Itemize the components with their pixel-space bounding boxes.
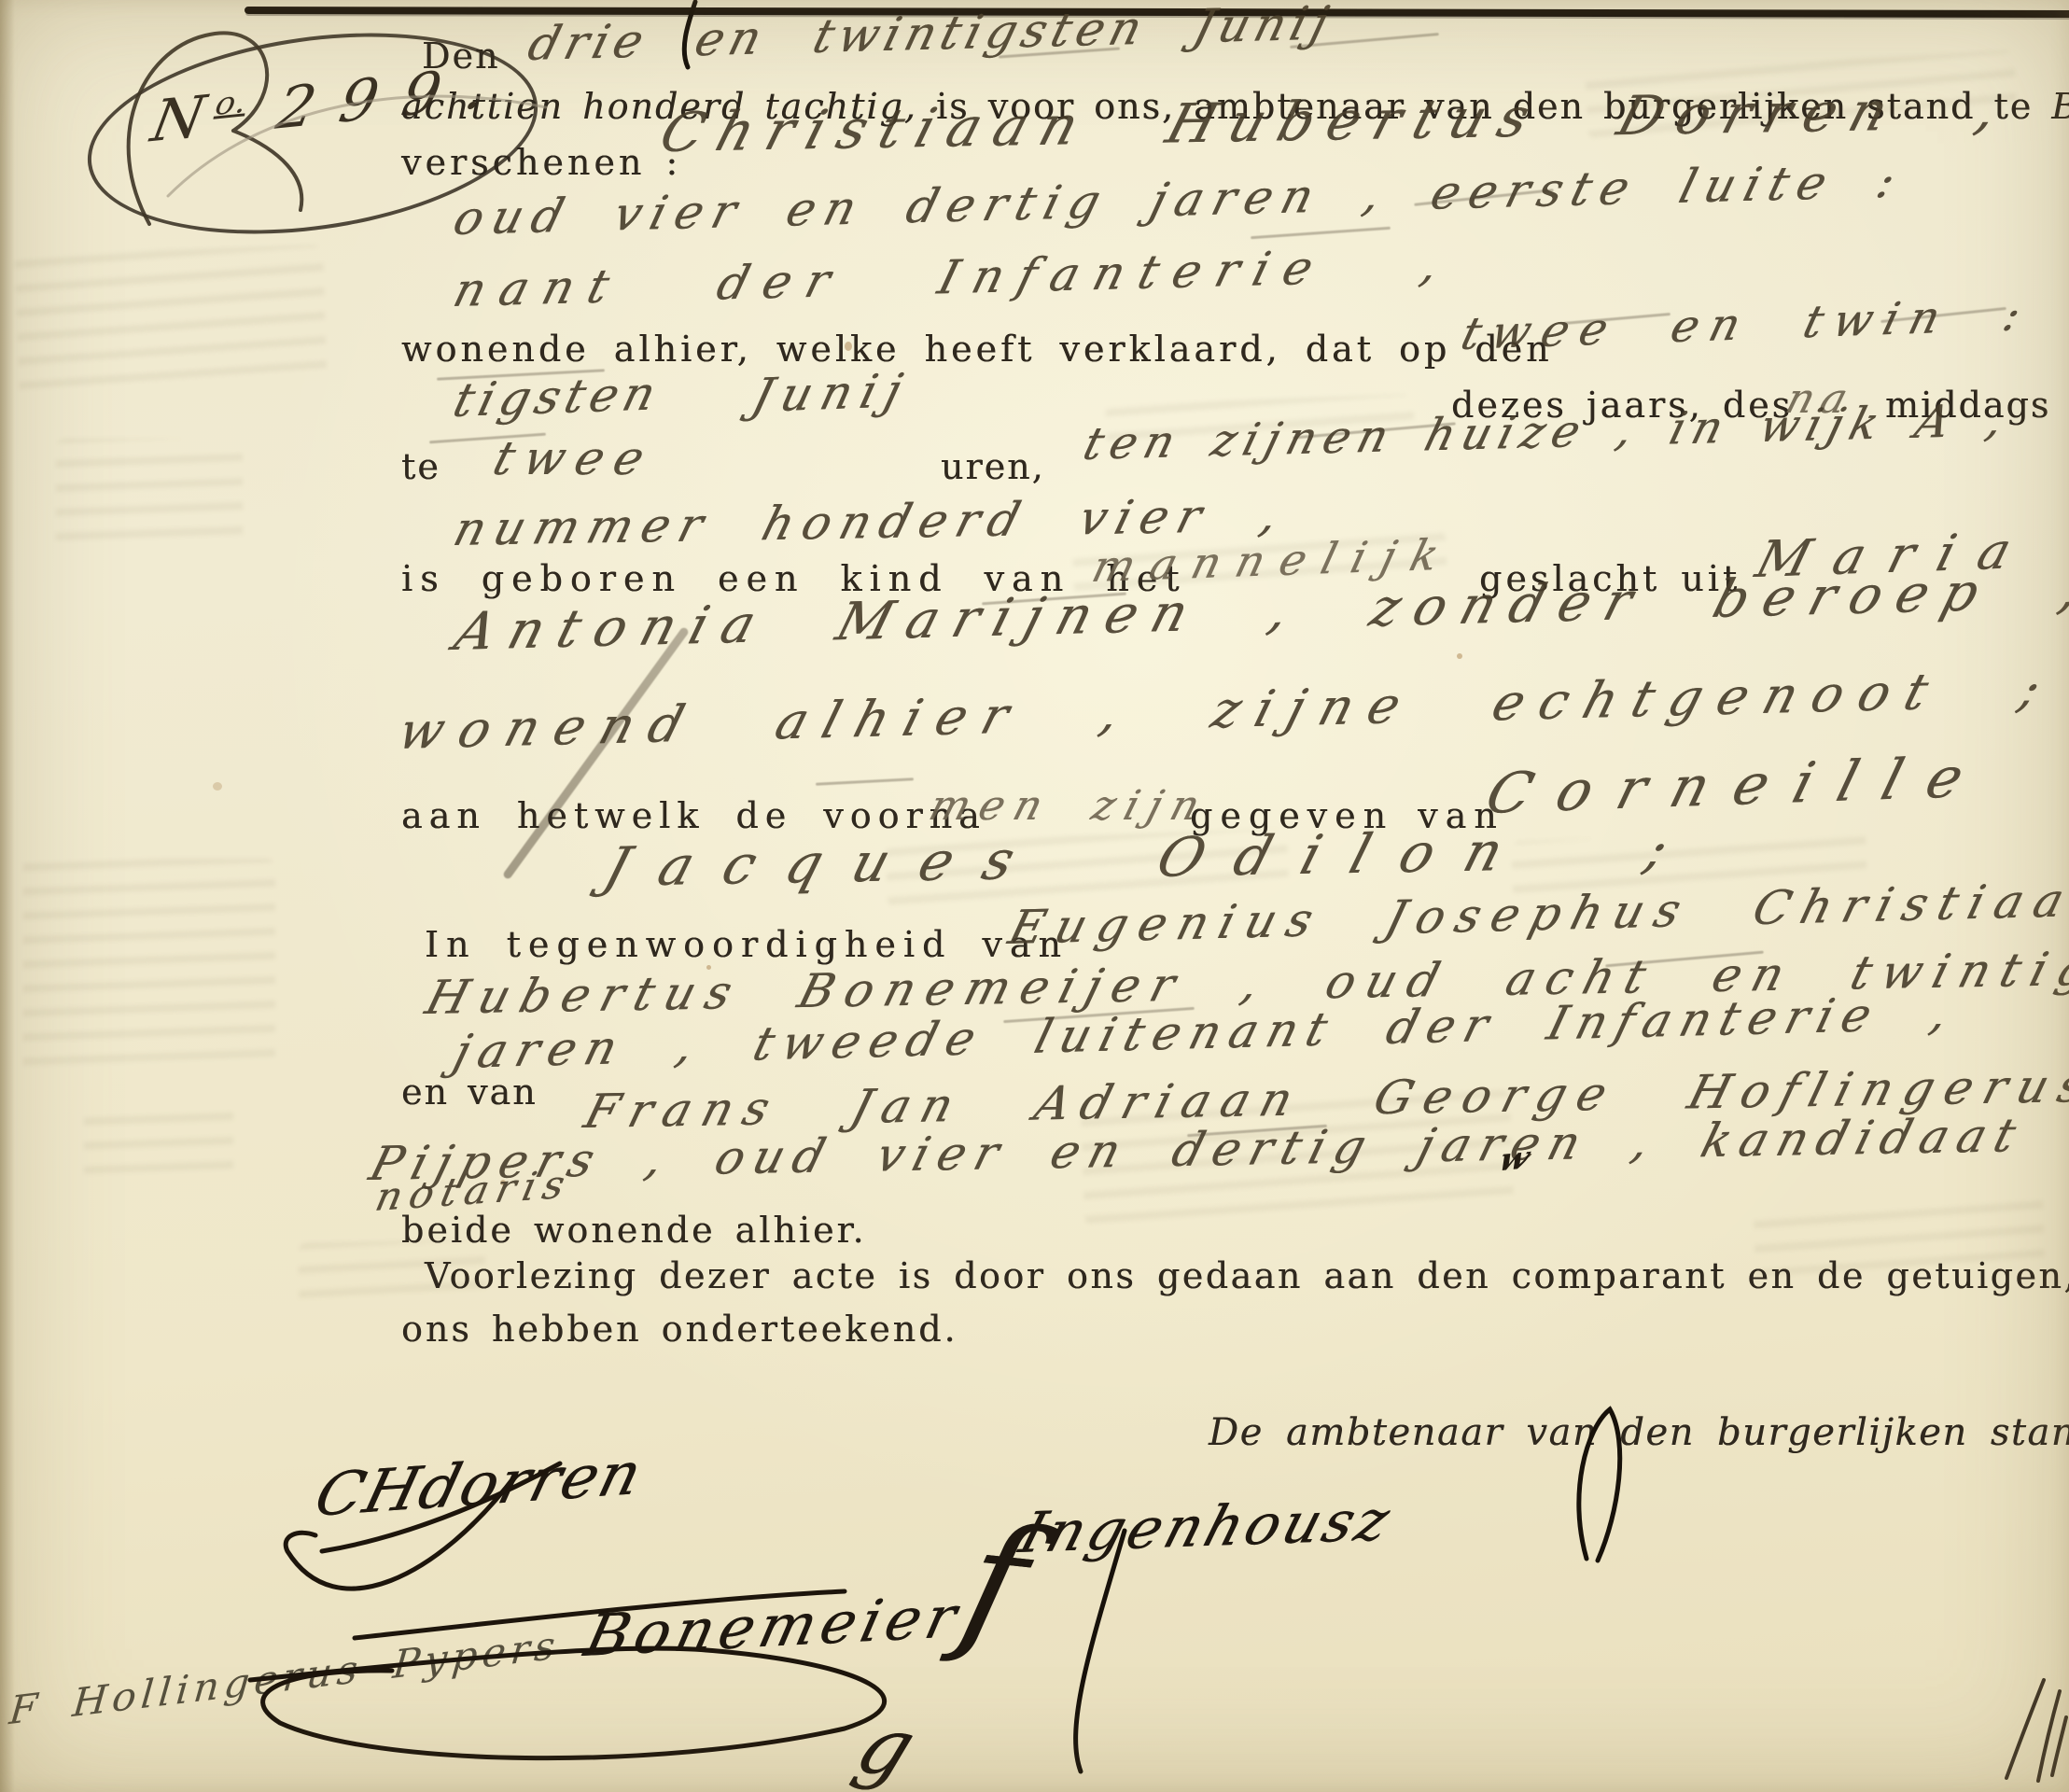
act-line-18-printed: en van (401, 1071, 538, 1113)
act-line-6-hand: twee en twin : (1456, 288, 2037, 360)
child-name-hand-a: Corneille (1479, 745, 1996, 827)
closing-phrase: De ambtenaar van den burgerlijken stand, (1209, 1411, 2069, 1454)
act-line-8-printed-b: uren, (941, 446, 1045, 487)
signature-ingenhousz: Ingenhousz (1013, 1488, 1400, 1566)
signature-dorren: CHdorren (308, 1439, 650, 1531)
corner-ink-mark-icon (2006, 1680, 2066, 1781)
act-line-7-hand-a: tigsten (448, 366, 666, 427)
foxing-dot (213, 782, 222, 791)
ghost-bleedthrough (56, 439, 243, 551)
act-line-21-printed: Voorlezing dezer acte is door ons gedaan… (425, 1255, 2069, 1296)
act-number-label: N (147, 81, 220, 155)
act-line-8-hand-a: twee (487, 431, 662, 485)
signature-pypers: F Hollingerus Pypers (7, 1622, 562, 1733)
scan-left-edge (0, 0, 15, 1792)
act-line-6-printed: wonende alhier, welke heeft verklaard, d… (401, 329, 1553, 370)
act-line-1-printed: Den (422, 35, 499, 77)
place-name: Breda, (2051, 86, 2069, 127)
ghost-bleedthrough (14, 245, 327, 395)
act-line-3-printed: verschenen : (401, 142, 681, 183)
act-number-label-sup: o. (213, 83, 251, 123)
ingenhousz-flourish-icon (1076, 1409, 1620, 1771)
act-line-15-printed: In tegenwoordigheid van (425, 924, 1069, 965)
act-line-5-hand: nant der Infanterie , (448, 237, 1460, 317)
act-line-12-hand: wonend alhier , zijne echtgenoot ; (392, 659, 2062, 761)
act-line-8-printed-a: te (401, 446, 440, 487)
foxing-dot (1457, 653, 1462, 659)
birth-record-scan: No.299. Den drie en twintigsten Junij ac… (0, 0, 2069, 1792)
act-line-20-printed: beide wonende alhier. (401, 1210, 867, 1251)
act-line-13-hand-a: men zijn (924, 782, 1215, 830)
signature-paraph-g: g (845, 1698, 928, 1792)
act-line-7-hand-b: Junij (747, 363, 916, 423)
ink-dash (816, 777, 914, 785)
act-line-22-printed: ons hebben onderteekend. (401, 1309, 958, 1350)
ghost-bleedthrough (23, 859, 275, 1073)
ghost-bleedthrough (84, 1101, 233, 1185)
ink-dash (1251, 227, 1391, 239)
signature-bonemeijer: Bonemeier (579, 1582, 969, 1670)
